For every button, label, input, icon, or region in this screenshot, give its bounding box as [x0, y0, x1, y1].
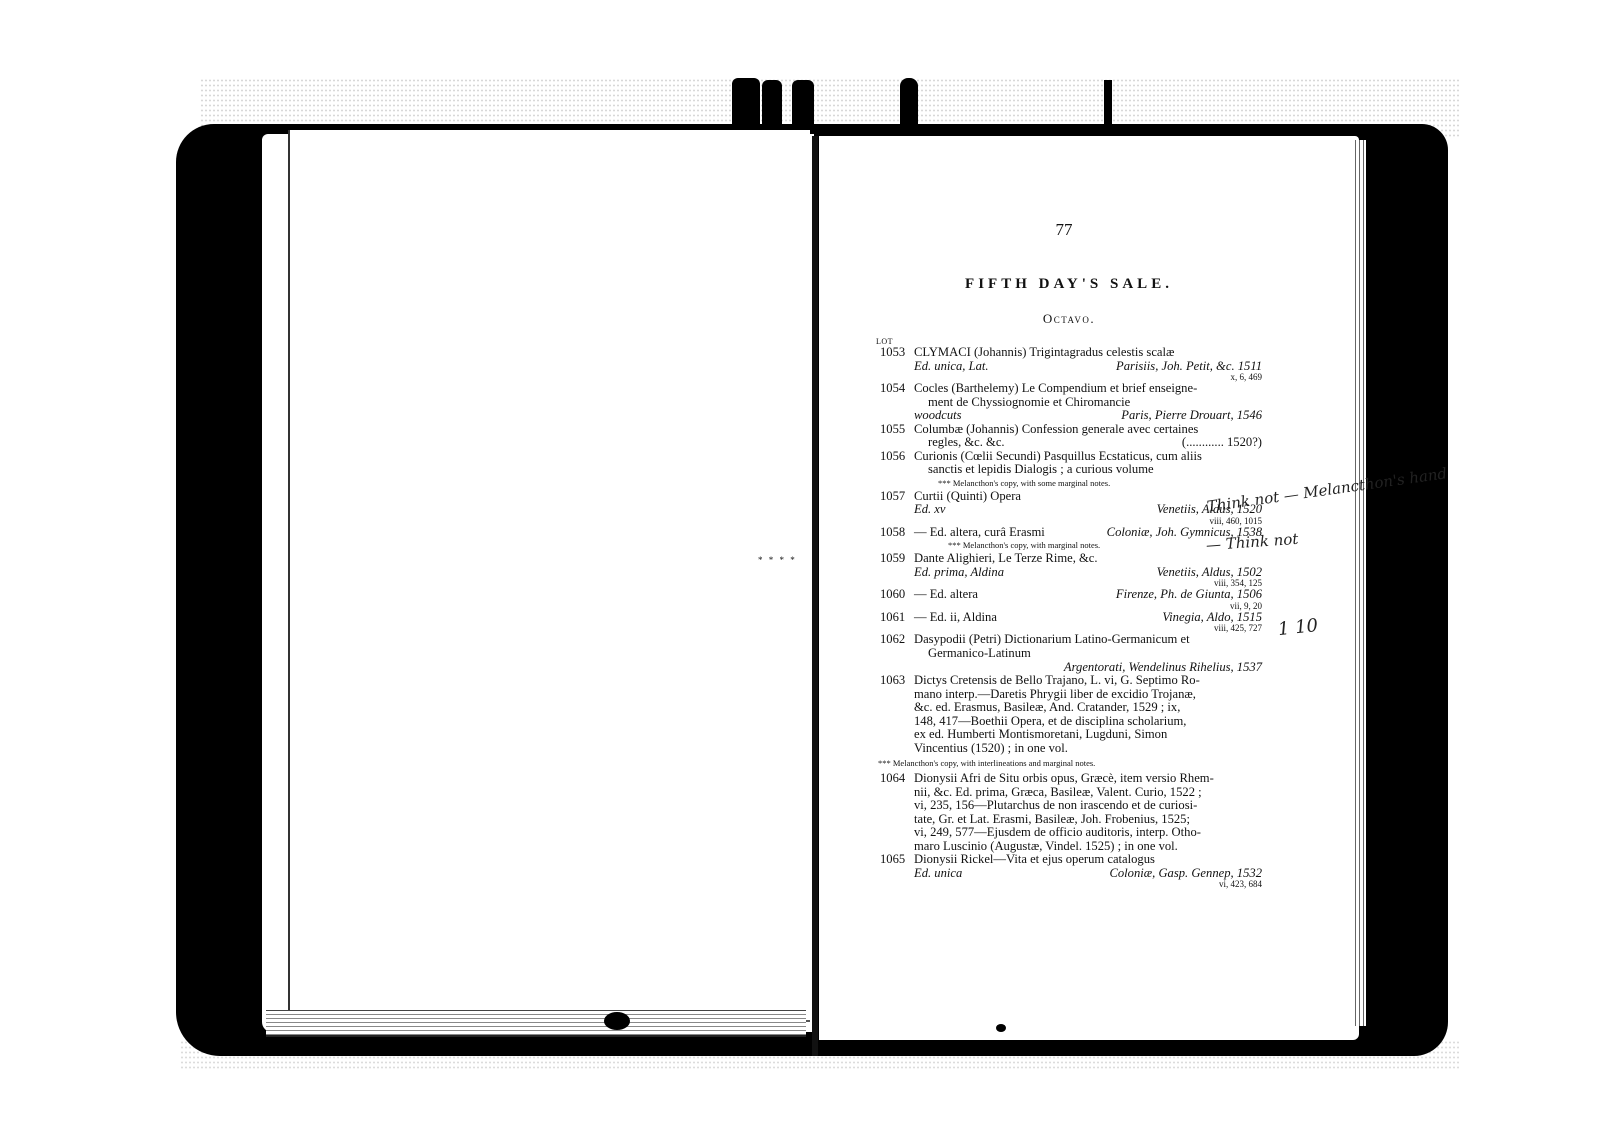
- page-tab: [762, 80, 782, 128]
- entry-title: — Ed. ii, Aldina: [914, 611, 997, 625]
- entry-title-cont: sanctis et lepidis Dialogis ; a curious …: [876, 463, 1262, 477]
- edition: Ed. unica, Lat.: [914, 360, 989, 374]
- entry-title: — Ed. altera: [914, 588, 978, 602]
- entry-title: Curionis (Cœlii Secundi) Pasquillus Ecst…: [876, 450, 1262, 464]
- entry-line: maro Luscinio (Augustæ, Vindel. 1525) ; …: [876, 840, 1262, 854]
- entry-line: Dionysii Afri de Situ orbis opus, Græcè,…: [876, 772, 1262, 786]
- edition: Ed. unica: [914, 867, 962, 881]
- lot-number: 1061: [880, 611, 905, 625]
- entry-line: 148, 417—Boethii Opera, et de disciplina…: [876, 715, 1262, 729]
- entry-line: Vincentius (1520) ; in one vol.: [876, 742, 1262, 756]
- lot-entry-1061: 1061 — Ed. ii, AldinaVinegia, Aldo, 1515…: [876, 611, 1262, 634]
- entry-title: Columbæ (Johannis) Confession generale a…: [876, 423, 1262, 437]
- ink-blot: [996, 1024, 1006, 1032]
- page-tab: [792, 80, 814, 130]
- lot-entry-1065: 1065 Dionysii Rickel—Vita et ejus operum…: [876, 853, 1262, 889]
- section-title: Octavo.: [876, 311, 1262, 327]
- page-number: 77: [866, 220, 1262, 240]
- lot-entry-1063: 1063 Dictys Cretensis de Bello Trajano, …: [876, 674, 1262, 770]
- left-page-blank: [288, 130, 810, 1022]
- lot-number: 1053: [880, 346, 905, 360]
- handwritten-price: 1 10: [1277, 618, 1318, 636]
- lot-number: 1055: [880, 423, 905, 437]
- right-page-edge: [1352, 140, 1366, 1026]
- imprint: Paris, Pierre Drouart, 1546: [1121, 409, 1262, 423]
- entry-title-cont: ment de Chyssiognomie et Chiromancie: [876, 396, 1262, 410]
- page-edge: [266, 1010, 806, 1037]
- lot-number: 1065: [880, 853, 905, 867]
- entry-line: vi, 249, 577—Ejusdem de officio auditori…: [876, 826, 1262, 840]
- page-tab: [900, 78, 918, 128]
- entry-title: CLYMACI (Johannis) Trigintagradus celest…: [876, 346, 1262, 360]
- imprint: (............ 1520?): [1182, 436, 1262, 450]
- lot-entry-1053: 1053 CLYMACI (Johannis) Trigintagradus c…: [876, 346, 1262, 382]
- entry-title: Dante Alighieri, Le Terze Rime, &c.: [876, 552, 1262, 566]
- lot-number: 1057: [880, 490, 905, 504]
- lot-number: 1060: [880, 588, 905, 602]
- entry-title: Curtii (Quinti) Opera: [876, 490, 1262, 504]
- entry-line: mano interp.—Daretis Phrygii liber de ex…: [876, 688, 1262, 702]
- ink-blot: [604, 1012, 630, 1030]
- lot-number: 1056: [880, 450, 905, 464]
- entry-title: Dionysii Rickel—Vita et ejus operum cata…: [876, 853, 1262, 867]
- lot-entry-1054: 1054 Cocles (Barthelemy) Le Compendium e…: [876, 382, 1262, 423]
- left-page-mark: * * * *: [758, 555, 797, 565]
- lot-entry-1057: 1057 Curtii (Quinti) Opera Ed. xvVenetii…: [876, 490, 1262, 526]
- lot-entry-1056: 1056 Curionis (Cœlii Secundi) Pasquillus…: [876, 450, 1262, 490]
- lot-entry-1064: 1064 Dionysii Afri de Situ orbis opus, G…: [876, 772, 1262, 853]
- entry-line: tate, Gr. et Lat. Erasmi, Basileæ, Joh. …: [876, 813, 1262, 827]
- provenance-note: *** Melancthon's copy, with interlineati…: [876, 757, 1262, 770]
- entry-title: Dasypodii (Petri) Dictionarium Latino-Ge…: [876, 633, 1262, 647]
- imprint: Coloniæ, Gasp. Gennep, 1532: [1109, 867, 1262, 881]
- entry-title: — Ed. altera, curâ Erasmi: [914, 526, 1045, 540]
- entry-line: &c. ed. Erasmus, Basileæ, And. Cratander…: [876, 701, 1262, 715]
- lot-number: 1058: [880, 526, 905, 540]
- edition: regles, &c. &c.: [928, 436, 1005, 450]
- lot-number: 1054: [880, 382, 905, 396]
- catalogue-page: 77 FIFTH DAY'S SALE. Octavo. LOT 1053 CL…: [876, 220, 1262, 889]
- entry-title-cont: Germanico-Latinum: [876, 647, 1262, 661]
- book-gutter: [812, 136, 818, 1056]
- lot-entry-1055: 1055 Columbæ (Johannis) Confession gener…: [876, 423, 1262, 450]
- edition: woodcuts: [914, 409, 962, 423]
- edition: Ed. prima, Aldina: [914, 566, 1004, 580]
- entry-line: ex ed. Humberti Montismoretani, Lugduni,…: [876, 728, 1262, 742]
- entry-title: Cocles (Barthelemy) Le Compendium et bri…: [876, 382, 1262, 396]
- lot-number: 1062: [880, 633, 905, 647]
- edition: Ed. xv: [914, 503, 945, 517]
- lot-entry-1059: 1059 Dante Alighieri, Le Terze Rime, &c.…: [876, 552, 1262, 588]
- sale-title: FIFTH DAY'S SALE.: [876, 276, 1262, 293]
- lot-entry-1062: 1062 Dasypodii (Petri) Dictionarium Lati…: [876, 633, 1262, 674]
- entry-line: Dictys Cretensis de Bello Trajano, L. vi…: [876, 674, 1262, 688]
- page-tab: [732, 78, 760, 128]
- page-tab: [1104, 80, 1112, 128]
- imprint: Venetiis, Aldus, 1520: [1157, 503, 1262, 517]
- imprint: Parisiis, Joh. Petit, &c. 1511: [1116, 360, 1262, 374]
- entry-line: nii, &c. Ed. prima, Græca, Basileæ, Vale…: [876, 786, 1262, 800]
- lot-number: 1063: [880, 674, 905, 688]
- collation: vi, 423, 684: [876, 880, 1262, 889]
- lot-number: 1064: [880, 772, 905, 786]
- imprint: Vinegia, Aldo, 1515: [1162, 611, 1262, 625]
- entry-line: vi, 235, 156—Plutarchus de non irascendo…: [876, 799, 1262, 813]
- lot-number: 1059: [880, 552, 905, 566]
- lot-entry-1060: 1060 — Ed. alteraFirenze, Ph. de Giunta,…: [876, 588, 1262, 611]
- lot-entry-1058: 1058 — Ed. altera, curâ ErasmiColoniæ, J…: [876, 526, 1262, 553]
- imprint: Argentorati, Wendelinus Rihelius, 1537: [876, 660, 1262, 674]
- imprint: Firenze, Ph. de Giunta, 1506: [1116, 588, 1262, 602]
- imprint: Venetiis, Aldus, 1502: [1157, 566, 1262, 580]
- provenance-note: *** Melancthon's copy, with some margina…: [876, 477, 1262, 490]
